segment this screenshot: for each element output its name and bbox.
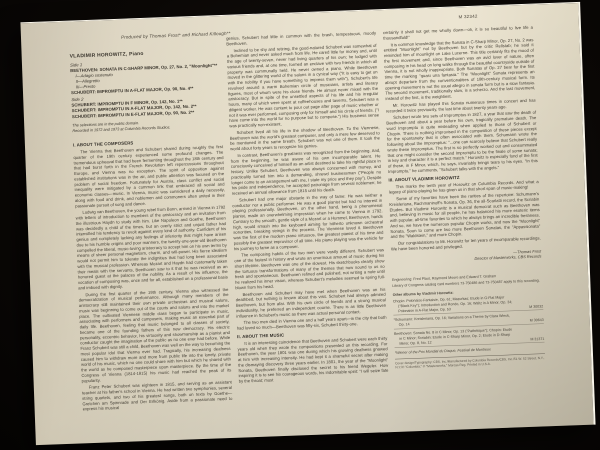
section-2-paragraphs: It is an interesting coincidence that Be…	[237, 336, 388, 384]
cover-content: Produced by Thomas Frost* and Richard Ki…	[20, 3, 593, 445]
album-title: Chopin: Polonaise-Fantaisie, Op. 61; Maz…	[393, 295, 513, 313]
section-1-paragraphs: The Vienna that Beethoven and Schubert s…	[73, 144, 233, 412]
liner-paragraph: Schubert had one major obstacle in the w…	[232, 192, 384, 251]
album-catalog-number: M 31371	[530, 336, 544, 342]
album-catalog-number: M 30032	[529, 304, 543, 310]
section-3-paragraphs: This marks the tenth year of Horowitz on…	[389, 179, 541, 252]
photo-background: Produced by Thomas Frost* and Richard Ki…	[0, 0, 600, 450]
liner-paragraph: During the first quarter of the 19th cen…	[78, 287, 231, 384]
album-back-cover: Produced by Thomas Frost* and Richard Ki…	[20, 2, 595, 445]
liner-notes-column-1: I. ABOUT THE COMPOSERS The Vienna that B…	[73, 134, 233, 413]
liner-paragraph: The composing habits of the two men were…	[234, 247, 385, 290]
liner-paragraph: It is common knowledge that the Sonata i…	[383, 37, 535, 102]
credits-block: Engineering: Fred Plaut, Raymond Moore a…	[392, 272, 545, 371]
album-catalog-number: M 30643	[530, 318, 544, 324]
liner-paragraph: The Vienna that Beethoven and Schubert s…	[73, 144, 225, 209]
section-1-continued: genius, Schubert had little in common wi…	[226, 30, 387, 331]
liner-paragraph: Inclined to be shy and retiring, the goo…	[227, 43, 380, 129]
liner-paragraph: Some of my favorites have been the rarit…	[389, 191, 540, 239]
liner-paragraph: It is an interesting coincidence that Be…	[237, 336, 388, 384]
liner-paragraph: Beethoven and Schubert may have met when…	[235, 286, 386, 318]
album-title: *Schumann: Kreisleriana, Op. 16; Variati…	[394, 313, 510, 327]
liner-paragraph: Franz Peter Schubert was eighteen in 181…	[82, 380, 233, 412]
liner-paragraph: In contrast, Beethoven's greatness was r…	[230, 148, 381, 196]
section-2-continued: certainly it shall not get me wholly dow…	[383, 25, 538, 175]
liner-notes-column-2: genius, Schubert had little in common wi…	[226, 30, 389, 385]
liner-paragraph: Schubert wrote two sets of Impromptus in…	[386, 110, 538, 175]
notes-signature: —Thomas Frost Director of Masterworks, C…	[391, 249, 541, 265]
liner-paragraph: Ludwig van Beethoven, the young rebel fr…	[75, 205, 228, 291]
album-title: Beethoven: Sonata No. 8 in C Minor, Op. …	[394, 327, 512, 346]
other-albums-list: Chopin: Polonaise-Fantaisie, Op. 61; Maz…	[393, 294, 545, 348]
produced-by-line: Produced by Thomas Frost* and Richard Ki…	[121, 31, 231, 40]
liner-notes-column-3: certainly it shall not get me wholly dow…	[383, 25, 545, 371]
album-entry: Beethoven: Sonata No. 8 in C Minor, Op. …	[394, 326, 545, 348]
catalog-number: M 32342	[458, 14, 477, 20]
